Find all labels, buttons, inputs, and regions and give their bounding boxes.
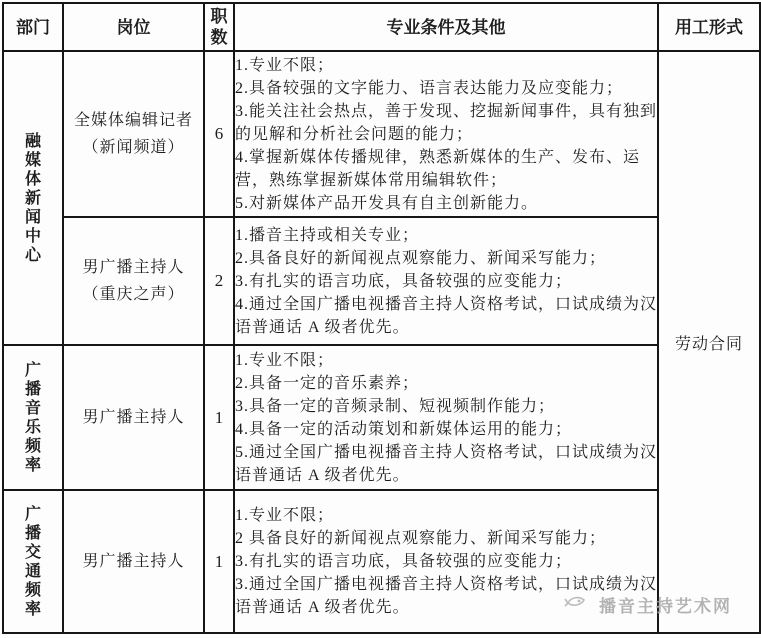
condition-item: 5.对新媒体产品开发具有自主创新能力。 <box>235 192 657 215</box>
department-name: 广播音乐频率 <box>24 361 42 475</box>
condition-item: 4.掌握新媒体传播规律，熟悉新媒体的生产、发布、运营，熟练掌握新媒体常用编辑软件… <box>235 146 657 192</box>
department-name: 融媒体新闻中心 <box>24 132 42 265</box>
conditions-cell: 1.专业不限； 2.具备较强的文字能力、语言表达能力及应变能力； 3.能关注社会… <box>234 51 658 217</box>
column-header-conditions: 专业条件及其他 <box>234 3 658 51</box>
condition-item: 3.有扎实的语言功底，具备较强的应变能力； <box>235 270 657 293</box>
condition-item: 3.有扎实的语言功底，具备较强的应变能力； <box>235 550 657 573</box>
headcount-cell: 1 <box>204 345 234 490</box>
condition-item: 3.能关注社会热点，善于发现、挖掘新闻事件，具有独到的见解和分析社会问题的能力； <box>235 100 657 146</box>
header-row: 部门 岗位 职数 专业条件及其他 用工形式 <box>3 3 760 51</box>
employment-type-cell: 劳动合同 <box>658 51 760 633</box>
condition-item: 2.具备较强的文字能力、语言表达能力及应变能力； <box>235 77 657 100</box>
position-name: 全媒体编辑记者 <box>64 107 203 134</box>
column-header-department: 部门 <box>3 3 63 51</box>
condition-item: 2.具备一定的音乐素养； <box>235 372 657 395</box>
condition-item: 5.通过全国广播电视播音主持人资格考试，口试成绩为汉语普通话 A 级者优先。 <box>235 441 657 487</box>
department-cell-rongmeiti: 融媒体新闻中心 <box>3 51 63 345</box>
table-row: 广播音乐频率 男广播主持人 1 1.专业不限； 2.具备一定的音乐素养； 3.具… <box>3 345 760 490</box>
conditions-cell: 1.专业不限； 2 具备良好的新闻视点观察能力、新闻采写能力； 3.有扎实的语言… <box>234 490 658 633</box>
conditions-cell: 1.播音主持或相关专业； 2.具备良好的新闻视点观察能力、新闻采写能力； 3.有… <box>234 217 658 345</box>
headcount-cell: 2 <box>204 217 234 345</box>
condition-item: 3.通过全国广播电视播音主持人资格考试，口试成绩为汉语普通话 A 级者优先。 <box>235 573 657 619</box>
table-row: 融媒体新闻中心 全媒体编辑记者 （新闻频道） 6 1.专业不限； 2.具备较强的… <box>3 51 760 217</box>
condition-item: 3.具备一定的音频录制、短视频制作能力； <box>235 395 657 418</box>
recruitment-table: 部门 岗位 职数 专业条件及其他 用工形式 融媒体新闻中心 全媒体编辑记者 （新… <box>2 2 761 634</box>
position-note: （重庆之声） <box>64 281 203 308</box>
condition-item: 4.通过全国广播电视播音主持人资格考试，口试成绩为汉语普通话 A 级者优先。 <box>235 293 657 339</box>
column-header-employment: 用工形式 <box>658 3 760 51</box>
department-name: 广播交通频率 <box>24 505 42 619</box>
column-header-position: 岗位 <box>63 3 204 51</box>
conditions-cell: 1.专业不限； 2.具备一定的音乐素养； 3.具备一定的音频录制、短视频制作能力… <box>234 345 658 490</box>
position-name: 男广播主持人 <box>64 254 203 281</box>
table-row: 男广播主持人 （重庆之声） 2 1.播音主持或相关专业； 2.具备良好的新闻视点… <box>3 217 760 345</box>
table-row: 广播交通频率 男广播主持人 1 1.专业不限； 2 具备良好的新闻视点观察能力、… <box>3 490 760 633</box>
headcount-cell: 6 <box>204 51 234 217</box>
condition-item: 1.播音主持或相关专业； <box>235 224 657 247</box>
column-header-headcount: 职数 <box>204 3 234 51</box>
condition-item: 1.专业不限； <box>235 54 657 77</box>
department-cell-jiaotong: 广播交通频率 <box>3 490 63 633</box>
department-cell-yinyue: 广播音乐频率 <box>3 345 63 490</box>
position-name: 男广播主持人 <box>64 404 203 431</box>
condition-item: 2.具备良好的新闻视点观察能力、新闻采写能力； <box>235 247 657 270</box>
position-cell: 男广播主持人 （重庆之声） <box>63 217 204 345</box>
position-cell: 男广播主持人 <box>63 490 204 633</box>
position-cell: 男广播主持人 <box>63 345 204 490</box>
condition-item: 1.专业不限； <box>235 504 657 527</box>
condition-item: 1.专业不限； <box>235 349 657 372</box>
condition-item: 2 具备良好的新闻视点观察能力、新闻采写能力； <box>235 527 657 550</box>
headcount-cell: 1 <box>204 490 234 633</box>
condition-item: 4.具备一定的活动策划和新媒体运用的能力； <box>235 418 657 441</box>
position-name: 男广播主持人 <box>64 548 203 575</box>
position-note: （新闻频道） <box>64 134 203 161</box>
position-cell: 全媒体编辑记者 （新闻频道） <box>63 51 204 217</box>
